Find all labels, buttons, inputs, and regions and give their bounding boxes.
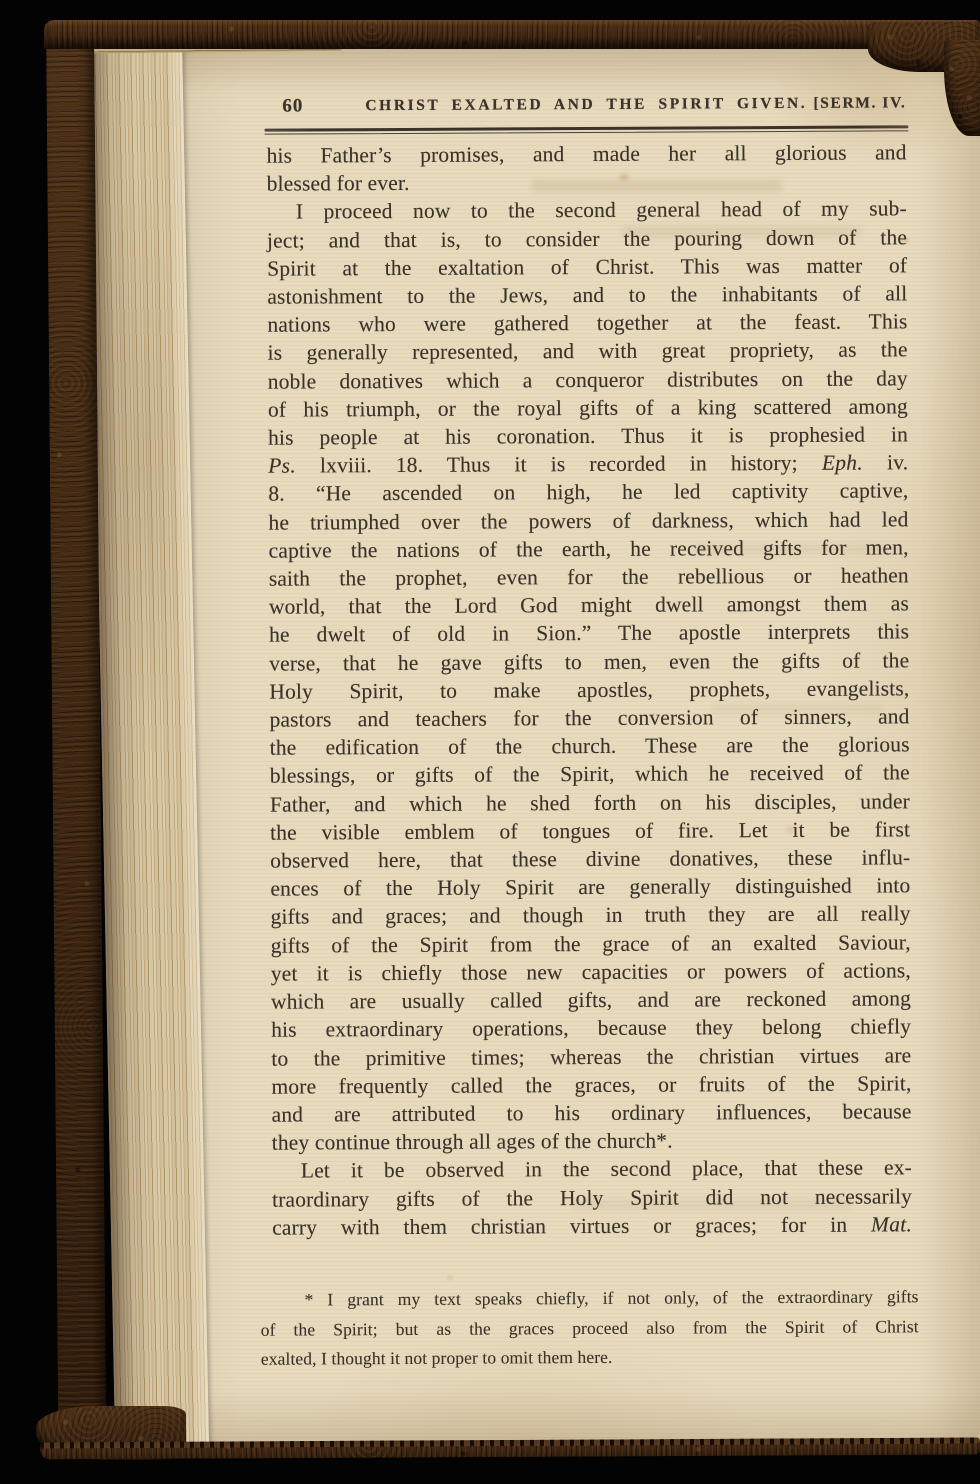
text-line: his extraordinary operations, because th…: [271, 1013, 911, 1045]
text-line: Father, and which he shed forth on his d…: [270, 787, 910, 819]
text-line: nations who were gathered together at th…: [267, 308, 907, 340]
text-line: exalted, I thought it not proper to omit…: [261, 1341, 919, 1374]
text-line: captive the nations of the earth, he rec…: [269, 533, 909, 565]
text-line: he dwelt of old in Sion.” The apostle in…: [269, 618, 909, 650]
text-line: gifts and graces; and though in truth th…: [270, 900, 910, 932]
text-line: to the primitive times; whereas the chri…: [271, 1041, 911, 1073]
text-line: ences of the Holy Spirit are generally d…: [270, 872, 910, 904]
text-line: they continue through all ages of the ch…: [272, 1125, 912, 1157]
text-line: noble donatives which a conqueror distri…: [268, 364, 908, 396]
section-label: [SERM. IV.: [813, 94, 906, 112]
text-line: and are attributed to his ordinary influ…: [272, 1097, 912, 1129]
text-line: carry with them christian virtues or gra…: [272, 1210, 912, 1242]
text-line: Spirit at the exaltation of Christ. This…: [267, 251, 907, 283]
text-line: the edification of the church. These are…: [270, 731, 910, 763]
text-line: world, that the Lord God might dwell amo…: [269, 590, 909, 622]
text-line: of his triumph, or the royal gifts of a …: [268, 392, 908, 424]
text-line: saith the prophet, even for the rebellio…: [269, 561, 909, 593]
text-line: pastors and teachers for the conversion …: [269, 702, 909, 734]
text-line: ject; and that is, to consider the pouri…: [267, 223, 907, 255]
header-rule: [264, 125, 908, 135]
text-line: blessed for ever.: [267, 167, 907, 199]
text-line: is generally represented, and with great…: [268, 336, 908, 368]
header-rule-thin: [264, 130, 908, 135]
body-text: his Father’s promises, and made her all …: [267, 138, 913, 1241]
text-line: the visible emblem of tongues of fire. L…: [270, 815, 910, 847]
text-line: he triumphed over the powers of darkness…: [268, 505, 908, 537]
photo-backdrop: 60 CHRIST EXALTED AND THE SPIRIT GIVEN. …: [0, 0, 980, 1484]
text-line: astonishment to the Jews, and to the inh…: [267, 279, 907, 311]
book-cover-bottom-edge: [40, 1438, 980, 1460]
running-title: CHRIST EXALTED AND THE SPIRIT GIVEN.: [266, 94, 906, 115]
text-line: Let it be observed in the second place, …: [272, 1154, 912, 1186]
text-line: 8. “He ascended on high, he led captivit…: [268, 477, 908, 509]
text-line: * I grant my text speaks chiefly, if not…: [260, 1282, 918, 1315]
page-header: 60 CHRIST EXALTED AND THE SPIRIT GIVEN. …: [266, 91, 906, 120]
text-line: verse, that he gave gifts to men, even t…: [269, 646, 909, 678]
text-line: more frequently called the graces, or fr…: [271, 1069, 911, 1101]
text-line: gifts of the Spirit from the grace of an…: [271, 928, 911, 960]
text-line: traordinary gifts of the Holy Spirit did…: [272, 1182, 912, 1214]
text-line: Ps. lxviii. 18. Thus it is recorded in h…: [268, 449, 908, 481]
book-cover-top-edge: [44, 20, 980, 49]
text-line: of the Spirit; but as the graces proceed…: [261, 1312, 919, 1345]
book-page: 60 CHRIST EXALTED AND THE SPIRIT GIVEN. …: [152, 44, 980, 1446]
text-line: observed here, that these divine donativ…: [270, 843, 910, 875]
text-line: I proceed now to the second general head…: [267, 195, 907, 227]
text-line: his people at his coronation. Thus it is…: [268, 420, 908, 452]
text-line: his Father’s promises, and made her all …: [267, 138, 907, 170]
text-line: Holy Spirit, to make apostles, prophets,…: [269, 674, 909, 706]
text-line: blessings, or gifts of the Spirit, which…: [270, 759, 910, 791]
text-line: yet it is chiefly those new capacities o…: [271, 956, 911, 988]
printed-content: 60 CHRIST EXALTED AND THE SPIRIT GIVEN. …: [266, 42, 913, 1445]
text-line: which are usually called gifts, and are …: [271, 984, 911, 1016]
footnote: * I grant my text speaks chiefly, if not…: [260, 1282, 918, 1374]
